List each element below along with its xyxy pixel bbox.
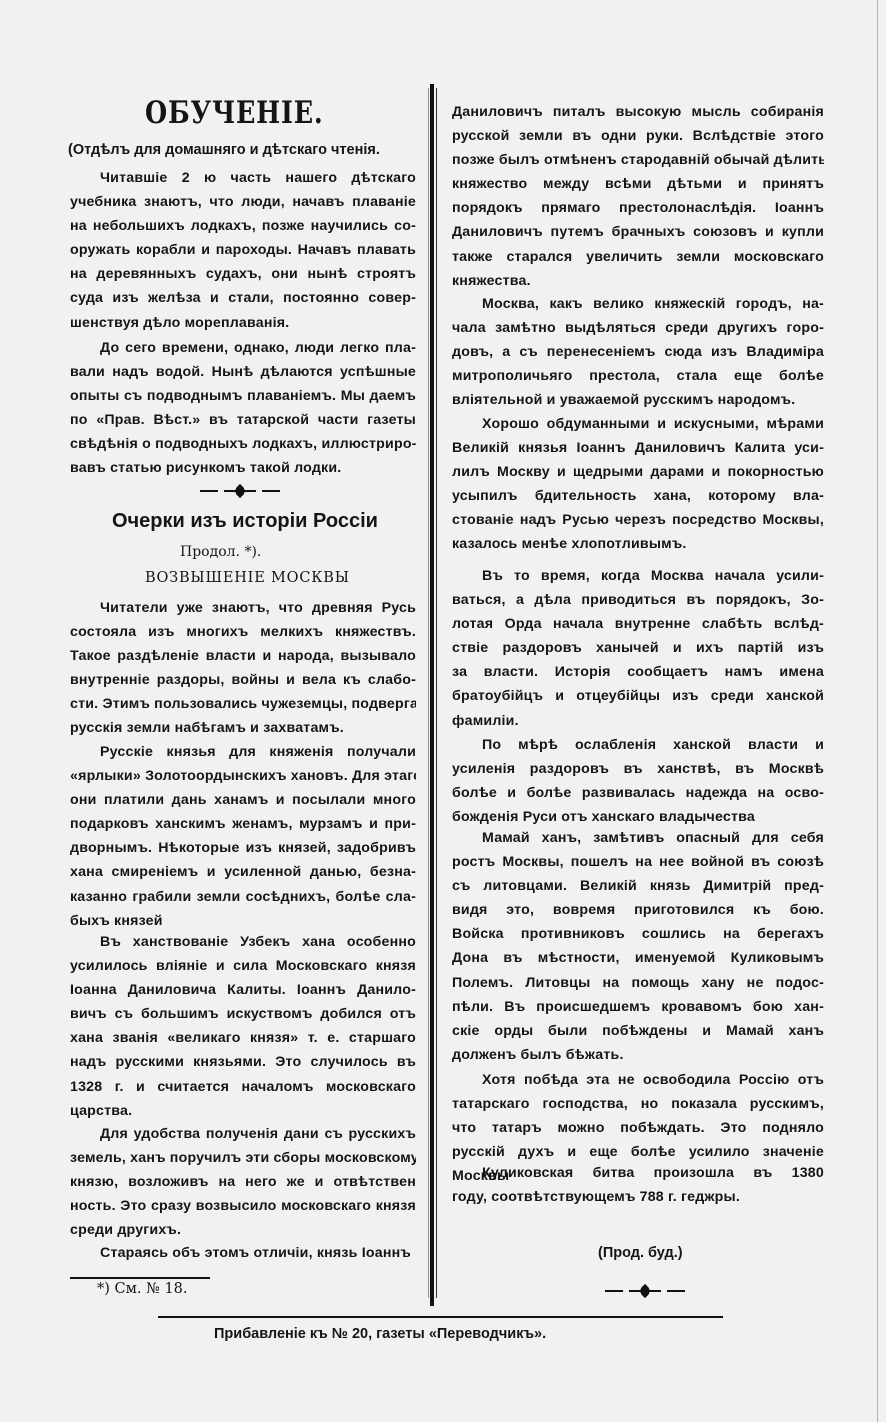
text-line: скіе орды были побѣждены и Мамай ханъ [452,1019,824,1043]
text-line: стованіе надъ Русью черезъ посредство Мо… [452,508,824,532]
right-paragraph-1: Даниловичъ питалъ высокую мысль собирані… [452,100,824,293]
text-line: чала замѣтно выдѣляться среди другихъ го… [452,316,824,340]
text-line: Даниловичъ путемъ брачныхъ союзовъ и куп… [452,220,824,244]
text-line: Москва, какъ велико княжескій городъ, на… [452,292,824,316]
text-line: на небольшихъ лодкахъ, позже научились с… [70,214,416,238]
text-line: вичъ съ большимъ искуствомъ добился отъ [70,1002,416,1026]
text-line: учебника знаютъ, что люди, начавъ плаван… [70,190,416,214]
text-line: году, соотвѣтствующемъ 788 г. геджры. [452,1185,824,1209]
left-paragraph-3: Въ ханствованіе Узбекъ хана особенноусил… [70,930,416,1123]
text-line: вавъ статью рисункомъ такой лодки. [70,456,416,480]
text-line: среди другихъ. [70,1218,416,1242]
left-paragraph-1: Читатели уже знаютъ, что древняя Русьсос… [70,596,416,741]
text-line: княжество между всѣми дѣтьми и принятъ [452,172,824,196]
text-line: Въ ханствованіе Узбекъ хана особенно [70,930,416,954]
intro-paragraph-1: Читавшіе 2 ю часть нашего дѣтскагоучебни… [70,166,416,335]
right-paragraph-2: Москва, какъ велико княжескій городъ, на… [452,292,824,412]
text-line: усиленія раздоровъ въ ханствѣ, въ Москвѣ [452,757,824,781]
text-line: братоубійцъ и отцеубійцы изъ среди ханск… [452,684,824,708]
text-line: фамиліи. [452,709,824,733]
text-line: состояла изъ многихъ мелкихъ княжествъ. [70,620,416,644]
text-line: Хотя побѣда эта не освободила Россію отъ [452,1068,824,1092]
text-line: Хорошо обдуманными и искусными, мѣрами [452,412,824,436]
section-continued-label: Продол. *). [180,544,261,560]
left-paragraph-5: Стараясь объ этомъ отличіи, князь Іоаннъ [70,1241,416,1265]
text-line: хана смиреніемъ и усиленной данью, безна… [70,860,416,884]
text-line: пѣли. Въ происшедшемъ кровавомъ бою хан- [452,995,824,1019]
text-line: вали надъ водой. Нынѣ дѣлаются успѣшные [70,360,416,384]
text-line: Іоанна Даниловича Калиты. Іоаннъ Данило- [70,978,416,1002]
text-line: Мамай ханъ, замѣтивъ опасный для себя [452,826,824,850]
text-line: вліятельной и уважаемой русскимъ народом… [452,388,824,412]
text-line: татарскаго господства, но показала русск… [452,1092,824,1116]
text-line: «ярлыки» Золотоордынскихъ хановъ. Для эт… [70,764,416,788]
text-line: съ литовцами. Великій князь Димитрій пре… [452,874,824,898]
continuation-note: (Прод. буд.) [598,1245,683,1261]
text-line: надъ русскими князьями. Это случилось въ [70,1050,416,1074]
text-line: усилилось вліяніе и сила Московскаго кня… [70,954,416,978]
text-line: дворнымъ. Нѣкоторые изъ князей, задобрив… [70,836,416,860]
text-line: митрополичьяго престола, стала еще болѣе [452,364,824,388]
text-line: долженъ былъ бѣжать. [452,1043,824,1067]
intro-paragraph-2: До сего времени, однако, люди легко пла-… [70,336,416,481]
bottom-rule [158,1316,723,1318]
text-line: что татаръ можно побѣждать. Это подняло [452,1116,824,1140]
text-line: видя это, вовремя приготовился къ бою. [452,898,824,922]
text-line: ваться, а дѣла приводиться въ порядокъ, … [452,588,824,612]
left-paragraph-4: Для удобства полученія дани съ русскихъз… [70,1122,416,1242]
text-line: сти. Этимъ пользовались чужеземцы, подве… [70,692,416,716]
text-line: казанно грабили земли сосѣднихъ, болѣе с… [70,885,416,909]
text-line: лилъ Москву и щедрыми дарами и покорност… [452,460,824,484]
text-line: за власти. Исторія сообщаетъ намъ имена [452,660,824,684]
text-line: Куликовская битва произошла въ 1380 [452,1161,824,1185]
text-line: земель, ханъ поручилъ эти сборы московск… [70,1146,416,1170]
text-line: они платили дань ханамъ и посылали много [70,788,416,812]
text-line: Читавшіе 2 ю часть нашего дѣтскаго [70,166,416,190]
ornament-divider-right [605,1284,685,1298]
text-line: на деревянныхъ судахъ, они нынѣ строятъ [70,262,416,286]
text-line: До сего времени, однако, люди легко пла- [70,336,416,360]
text-line: Стараясь объ этомъ отличіи, князь Іоаннъ [70,1241,416,1265]
text-line: ствіе раздоровъ ханычей и ихъ партій изъ [452,636,824,660]
text-line: суда изъ желѣза и стали, постоянно совер… [70,286,416,310]
text-line: Для удобства полученія дани съ русскихъ [70,1122,416,1146]
page-title: ОБУЧЕНІЕ. [145,95,324,131]
text-line: Войска противниковъ сошлись на берегахъ [452,922,824,946]
text-line: Такое раздѣленіе власти и народа, вызыва… [70,644,416,668]
text-line: порядокъ прямаго престолонаслѣдія. Іоанн… [452,196,824,220]
text-line: Великій князья Іоаннъ Даниловичъ Калита … [452,436,824,460]
text-line: позже былъ отмѣненъ стародавній обычай д… [452,148,824,172]
text-line: по «Прав. Вѣст.» въ татарской части газе… [70,408,416,432]
ornament-divider-left [200,484,280,498]
text-line: хана званія «великаго князя» т. е. старш… [70,1026,416,1050]
bottom-caption: Прибавленіе къ № 20, газеты «Переводчикъ… [214,1326,546,1342]
right-paragraph-5: По мѣрѣ ослабленія ханской власти иусиле… [452,733,824,829]
text-line: усыпилъ бдительность хана, которому вла- [452,484,824,508]
text-line: князю, возложивъ на него же и отвѣтствен [70,1170,416,1194]
text-line: опыты съ подводнымъ плаваніемъ. Мы даемъ [70,384,416,408]
right-paragraph-3: Хорошо обдуманными и искусными, мѣрамиВе… [452,412,824,557]
text-line: Дона въ мѣстности, именуемой Куликовымъ [452,946,824,970]
text-line: По мѣрѣ ослабленія ханской власти и [452,733,824,757]
text-line: довъ, а съ перенесеніемъ сюда изъ Владим… [452,340,824,364]
page-edge-line [877,0,878,1422]
text-line: 1328 г. и считается началомъ московскаго [70,1075,416,1099]
text-line: казалось менѣе хлопотливымъ. [452,532,824,556]
text-line: лотая Орда начала внутренне слабѣть вслѣ… [452,612,824,636]
footnote-rule [70,1277,210,1279]
text-line: внутренніе раздоры, войны и вела къ слаб… [70,668,416,692]
text-line: подарковъ ханскимъ женамъ, мурзамъ и при… [70,812,416,836]
text-line: болѣе и болѣе развивалась надежда на осв… [452,781,824,805]
text-line: ность. Это сразу возвысило московскаго к… [70,1194,416,1218]
section-title: Очерки изъ исторіи Россіи [112,510,378,533]
text-line: оружать корабли и пароходы. Начавъ плава… [70,238,416,262]
text-line: Полемъ. Литовцы на помощь хану не подос- [452,971,824,995]
text-line: Даниловичъ питалъ высокую мысль собирані… [452,100,824,124]
text-line: Въ то время, когда Москва начала усили- [452,564,824,588]
text-line: свѣдѣнія о подводныхъ лодкахъ, иллюстрир… [70,432,416,456]
text-line: княжества. [452,269,824,293]
text-line: русскія земли набѣгамъ и захватамъ. [70,716,416,740]
section-subtitle: ВОЗВЫШЕНІЕ МОСКВЫ [145,570,350,586]
right-paragraph-6: Мамай ханъ, замѣтивъ опасный для себярос… [452,826,824,1067]
right-paragraph-8: Куликовская битва произошла въ 1380году,… [452,1161,824,1209]
text-line: также старался увеличить земли московска… [452,245,824,269]
text-line: Русскіе князья для княженія получали [70,740,416,764]
left-paragraph-2: Русскіе князья для княженія получали«ярл… [70,740,416,933]
footnote: *) См. № 18. [97,1281,188,1297]
page-subtitle: (Отдѣлъ для домашняго и дѣтскаго чтенія. [68,142,418,158]
column-divider [428,84,437,1306]
text-line: русской земли въ одни руки. Вслѣдствіе э… [452,124,824,148]
text-line: царства. [70,1099,416,1123]
text-line: шенствуя дѣло мореплаванія. [70,311,416,335]
right-paragraph-4: Въ то время, когда Москва начала усили-в… [452,564,824,733]
text-line: Читатели уже знаютъ, что древняя Русь [70,596,416,620]
text-line: ростъ Москвы, пошелъ на нее войной въ со… [452,850,824,874]
